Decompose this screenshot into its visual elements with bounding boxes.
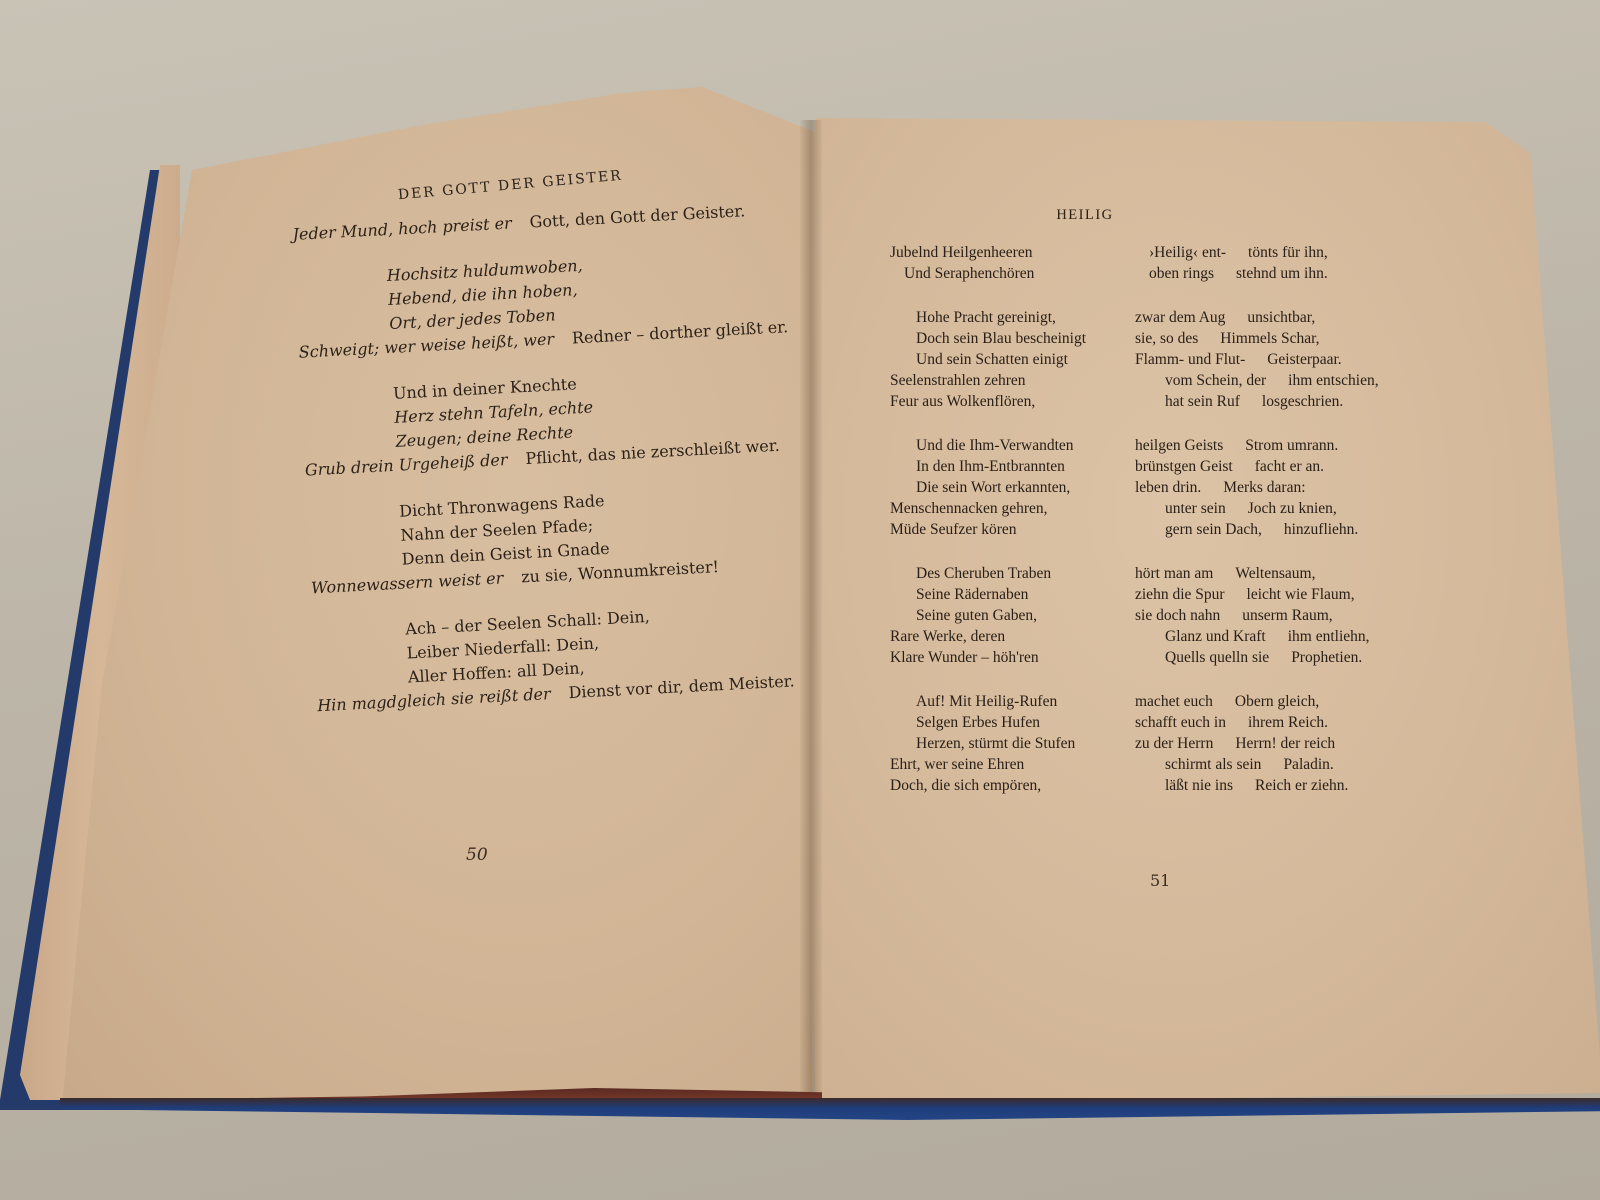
poem-line: unter seinJoch zu knien, [1135,498,1430,519]
poem-line: Jeder Mund, hoch preist er Gott, den Got… [292,198,763,247]
stanza-right-column: zwar dem Augunsichtbar, sie, so desHimme… [1135,307,1430,412]
line-second-half: Geisterpaar. [1267,351,1341,368]
stanza: Hochsitz huldumwoben, Hebend, die ihn ho… [294,244,768,364]
poem-line: In den Ihm-Entbrannten [890,456,1135,477]
line-first-half: heilgen Geists [1135,437,1223,454]
line-first-half: zwar dem Aug [1135,309,1225,326]
line-first-half: vom Schein, der [1165,372,1266,389]
poem-line: Glanz und Kraftihm entliehn, [1135,626,1430,647]
poem-line: vom Schein, derihm entschien, [1135,370,1430,391]
line-second-half: Weltensaum, [1235,565,1315,582]
poem-line: Feur aus Wolkenflören, [890,391,1135,412]
line-second-half: unserm Raum, [1242,607,1332,624]
poem-line: zu der HerrnHerrn! der reich [1135,733,1430,754]
line-second-half: unsichtbar, [1247,309,1315,326]
line-second-half: hinzufliehn. [1284,521,1358,538]
line-first-half: brünstgen Geist [1135,458,1233,475]
poem-line: Doch sein Blau bescheinigt [890,328,1135,349]
line-second-half: stehnd um ihn. [1236,265,1328,282]
stanza-right-column: ›Heilig‹ ent-tönts für ihn, oben ringsst… [1135,242,1430,284]
poem-line: leben drin.Merks daran: [1135,477,1430,498]
line-first-half: Jeder Mund, hoch preist er [292,211,512,246]
line-first-half: ›Heilig‹ ent- [1149,244,1226,261]
poem-line: Selgen Erbes Hufen [890,712,1135,733]
line-second-half: Reich er ziehn. [1255,777,1348,794]
line-first-half: schafft euch in [1135,714,1226,731]
line-second-half: ihm entschien, [1288,372,1378,389]
line-first-half: Glanz und Kraft [1165,628,1266,645]
line-second-half: Himmels Schar, [1220,330,1319,347]
poem-line: Des Cheruben Traben [890,563,1135,584]
book-gutter [800,120,822,1105]
line-second-half: tönts für ihn, [1248,244,1328,261]
line-first-half: machet euch [1135,693,1213,710]
poem-line: Die sein Wort erkannten, [890,477,1135,498]
poem-line: schirmt als seinPaladin. [1135,754,1430,775]
poem-line: Quells quelln sieProphetien. [1135,647,1430,668]
poem-line: Ehrt, wer seine Ehren [890,754,1135,775]
line-first-half: Quells quelln sie [1165,649,1269,666]
poem-line: Müde Seufzer kören [890,519,1135,540]
poem-title: HEILIG [890,205,1280,226]
poem-line: gern sein Dach,hinzufliehn. [1135,519,1430,540]
stanza: Und in deiner Knechte Herz stehn Tafeln,… [301,362,775,482]
line-second-half: Joch zu knien, [1248,500,1337,517]
line-first-half: Flamm- und Flut- [1135,351,1245,368]
poem-line: ziehn die Spurleicht wie Flaum, [1135,584,1430,605]
poem-line: hört man amWeltensaum, [1135,563,1430,584]
stanza: Auf! Mit Heilig-Rufen Selgen Erbes Hufen… [890,691,1430,796]
stanza: Jubelnd Heilgenheeren Und Seraphenchören… [890,242,1430,284]
stanza-left-column: Jubelnd Heilgenheeren Und Seraphenchören [890,242,1135,284]
right-page-poem: HEILIG Jubelnd Heilgenheeren Und Seraphe… [890,205,1430,819]
left-page-poem: DER GOTT DER GEISTER Jeder Mund, hoch pr… [290,160,788,740]
line-second-half: Prophetien. [1291,649,1362,666]
stanza: Jeder Mund, hoch preist er Gott, den Got… [292,198,763,247]
line-first-half: zu der Herrn [1135,735,1213,752]
page-number-right: 51 [1150,871,1170,890]
poem-line: schafft euch inihrem Reich. [1135,712,1430,733]
poem-line: Seelenstrahlen zehren [890,370,1135,391]
photo-scene: DER GOTT DER GEISTER Jeder Mund, hoch pr… [0,0,1600,1200]
poem-line: oben ringsstehnd um ihn. [1135,263,1430,284]
line-second-half: ihrem Reich. [1248,714,1328,731]
poem-line: Und Seraphenchören [890,263,1135,284]
poem-line: Jubelnd Heilgenheeren [890,242,1135,263]
poem-line: sie doch nahnunserm Raum, [1135,605,1430,626]
line-second-half: ihm entliehn, [1288,628,1370,645]
line-first-half: hat sein Ruf [1165,393,1240,410]
line-second-half: Paladin. [1283,756,1333,773]
poem-line: brünstgen Geistfacht er an. [1135,456,1430,477]
stanza-right-column: hört man amWeltensaum, ziehn die Spurlei… [1135,563,1430,668]
line-second-half: losgeschrien. [1262,393,1343,410]
poem-line: Rare Werke, deren [890,626,1135,647]
stanza: Ach – der Seelen Schall: Dein, Leiber Ni… [313,598,787,718]
line-second-half: leicht wie Flaum, [1247,586,1355,603]
poem-line: Hohe Pracht gereinigt, [890,307,1135,328]
stanza-left-column: Des Cheruben Traben Seine Rädernaben Sei… [890,563,1135,668]
book-cover-bottom-edge [60,1098,1600,1120]
stanza-right-column: machet euchObern gleich, schafft euch in… [1135,691,1430,796]
line-second-half: Gott, den Gott der Geister. [529,199,746,234]
line-second-half: Merks daran: [1223,479,1305,496]
poem-line: Flamm- und Flut-Geisterpaar. [1135,349,1430,370]
poem-line: heilgen GeistsStrom umrann. [1135,435,1430,456]
poem-line: ›Heilig‹ ent-tönts für ihn, [1135,242,1430,263]
poem-line: machet euchObern gleich, [1135,691,1430,712]
line-second-half: Strom umrann. [1245,437,1338,454]
stanza: Des Cheruben Traben Seine Rädernaben Sei… [890,563,1430,668]
stanza-left-column: Und die Ihm-Verwandten In den Ihm-Entbra… [890,435,1135,540]
line-first-half: hört man am [1135,565,1213,582]
poem-line: läßt nie insReich er ziehn. [1135,775,1430,796]
poem-line: sie, so desHimmels Schar, [1135,328,1430,349]
line-first-half: leben drin. [1135,479,1201,496]
line-first-half: sie, so des [1135,330,1198,347]
page-number-left: 50 [466,845,488,865]
line-first-half: schirmt als sein [1165,756,1261,773]
line-first-half: unter sein [1165,500,1226,517]
poem-line: Klare Wunder – höh'ren [890,647,1135,668]
line-first-half: gern sein Dach, [1165,521,1262,538]
line-second-half: Obern gleich, [1235,693,1319,710]
line-second-half: facht er an. [1255,458,1324,475]
poem-line: Und die Ihm-Verwandten [890,435,1135,456]
poem-line: hat sein Ruflosgeschrien. [1135,391,1430,412]
poem-line: zwar dem Augunsichtbar, [1135,307,1430,328]
poem-line: Seine Rädernaben [890,584,1135,605]
line-first-half: ziehn die Spur [1135,586,1225,603]
poem-line: Menschennacken gehren, [890,498,1135,519]
line-first-half: sie doch nahn [1135,607,1220,624]
stanza: Hohe Pracht gereinigt, Doch sein Blau be… [890,307,1430,412]
line-second-half: Herrn! der reich [1235,735,1335,752]
poem-line: Und sein Schatten einigt [890,349,1135,370]
stanza-left-column: Auf! Mit Heilig-Rufen Selgen Erbes Hufen… [890,691,1135,796]
poem-line: Herzen, stürmt die Stufen [890,733,1135,754]
line-first-half: läßt nie ins [1165,777,1233,794]
stanza: Und die Ihm-Verwandten In den Ihm-Entbra… [890,435,1430,540]
poem-line: Auf! Mit Heilig-Rufen [890,691,1135,712]
stanza-right-column: heilgen GeistsStrom umrann. brünstgen Ge… [1135,435,1430,540]
poem-line: Doch, die sich empören, [890,775,1135,796]
line-first-half: oben rings [1149,265,1214,282]
stanza-left-column: Hohe Pracht gereinigt, Doch sein Blau be… [890,307,1135,412]
poem-line: Seine guten Gaben, [890,605,1135,626]
stanza: Dicht Thronwagens Rade Nahn der Seelen P… [307,480,781,600]
